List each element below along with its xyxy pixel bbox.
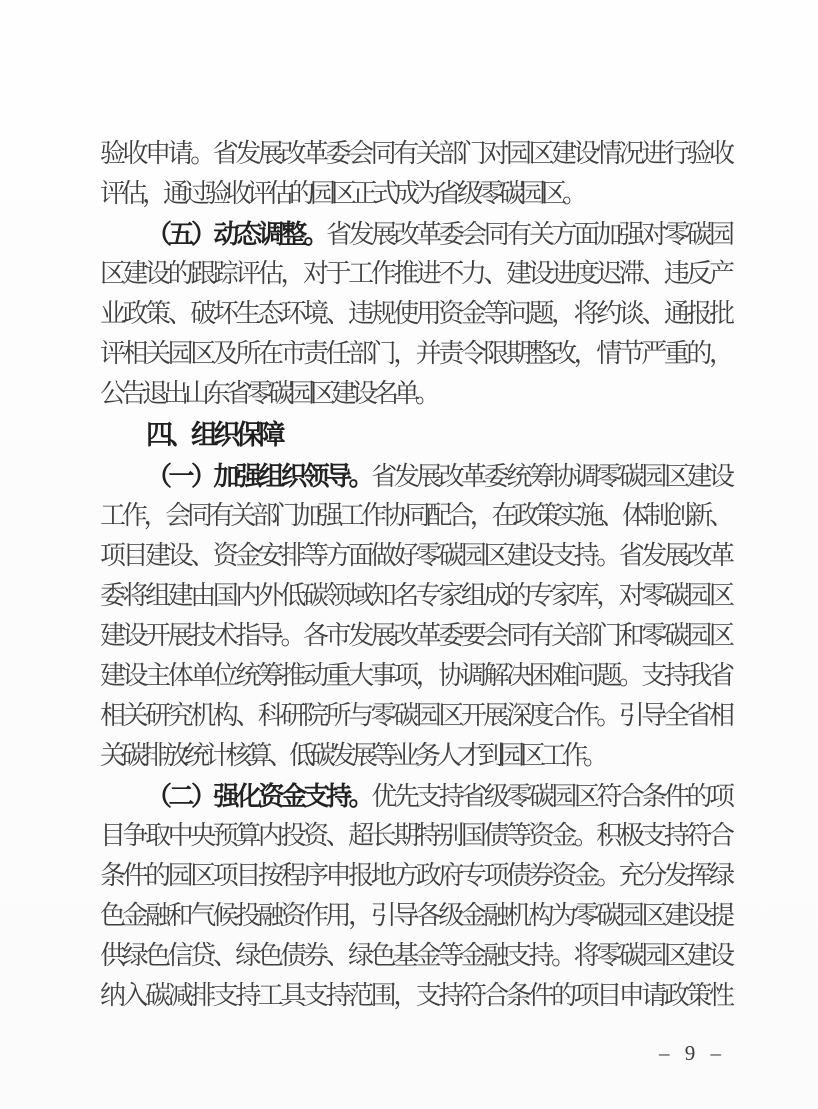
body-line: 关碳排放统计核算、低碳发展等业务人才到园区工作。 [100, 736, 730, 776]
body-text: 省发展改革委统筹协调零碳园区建设 [371, 462, 730, 491]
body-line: 纳入碳减排支持工具支持范围，支持符合条件的项目申请政策性 [100, 976, 730, 1016]
paragraph-5-lead: （五）动态调整。 [146, 219, 326, 249]
paragraph-1-lead: （一）加强组织领导。 [146, 461, 371, 491]
body-line: 评相关园区及所在市责任部门，并责令限期整改，情节严重的， [100, 334, 730, 374]
document-body: 验收申请。省发展改革委会同有关部门对园区建设情况进行验收 评估，通过验收评估的园… [100, 134, 730, 1016]
section-heading: 四、组织保障 [100, 414, 730, 456]
body-text: 优先支持省级零碳园区符合条件的项 [371, 782, 730, 811]
body-line: 目争取中央预算内投资、超长期特别国债等资金。积极支持符合 [100, 816, 730, 856]
body-line-paragraph-start: （一）加强组织领导。省发展改革委统筹协调零碳园区建设 [100, 456, 730, 496]
body-text: 省发展改革委会同有关方面加强对零碳园 [326, 220, 730, 249]
body-line: 条件的园区项目按程序申报地方政府专项债券资金。充分发挥绿 [100, 856, 730, 896]
body-line: 相关研究机构、科研院所与零碳园区开展深度合作。引导全省相 [100, 696, 730, 736]
document-page: 验收申请。省发展改革委会同有关部门对园区建设情况进行验收 评估，通过验收评估的园… [0, 0, 818, 1109]
body-line: 评估，通过验收评估的园区正式成为省级零碳园区。 [100, 174, 730, 214]
body-line: 验收申请。省发展改革委会同有关部门对园区建设情况进行验收 [100, 134, 730, 174]
paragraph-2-lead: （二）强化资金支持。 [146, 781, 371, 811]
body-line: 委将组建由国内外低碳领域知名专家组成的专家库，对零碳园区 [100, 576, 730, 616]
body-line: 区建设的跟踪评估，对于工作推进不力、建设进度迟滞、违反产 [100, 254, 730, 294]
body-line-paragraph-start: （五）动态调整。省发展改革委会同有关方面加强对零碳园 [100, 214, 730, 254]
body-line-paragraph-start: （二）强化资金支持。优先支持省级零碳园区符合条件的项 [100, 776, 730, 816]
body-line: 工作，会同有关部门加强工作协同配合，在政策实施、体制创新、 [100, 496, 730, 536]
body-line: 业政策、破坏生态环境、违规使用资金等问题，将约谈、通报批 [100, 294, 730, 334]
body-line: 建设主体单位统筹推动重大事项，协调解决困难问题。支持我省 [100, 656, 730, 696]
body-line: 建设开展技术指导。各市发展改革委要会同有关部门和零碳园区 [100, 616, 730, 656]
body-line: 公告退出山东省零碳园区建设名单。 [100, 374, 730, 414]
page-number: – 9 – [659, 1041, 722, 1066]
body-line: 供绿色信贷、绿色债券、绿色基金等金融支持。将零碳园区建设 [100, 936, 730, 976]
body-line: 色金融和气候投融资作用，引导各级金融机构为零碳园区建设提 [100, 896, 730, 936]
body-line: 项目建设、资金安排等方面做好零碳园区建设支持。省发展改革 [100, 536, 730, 576]
